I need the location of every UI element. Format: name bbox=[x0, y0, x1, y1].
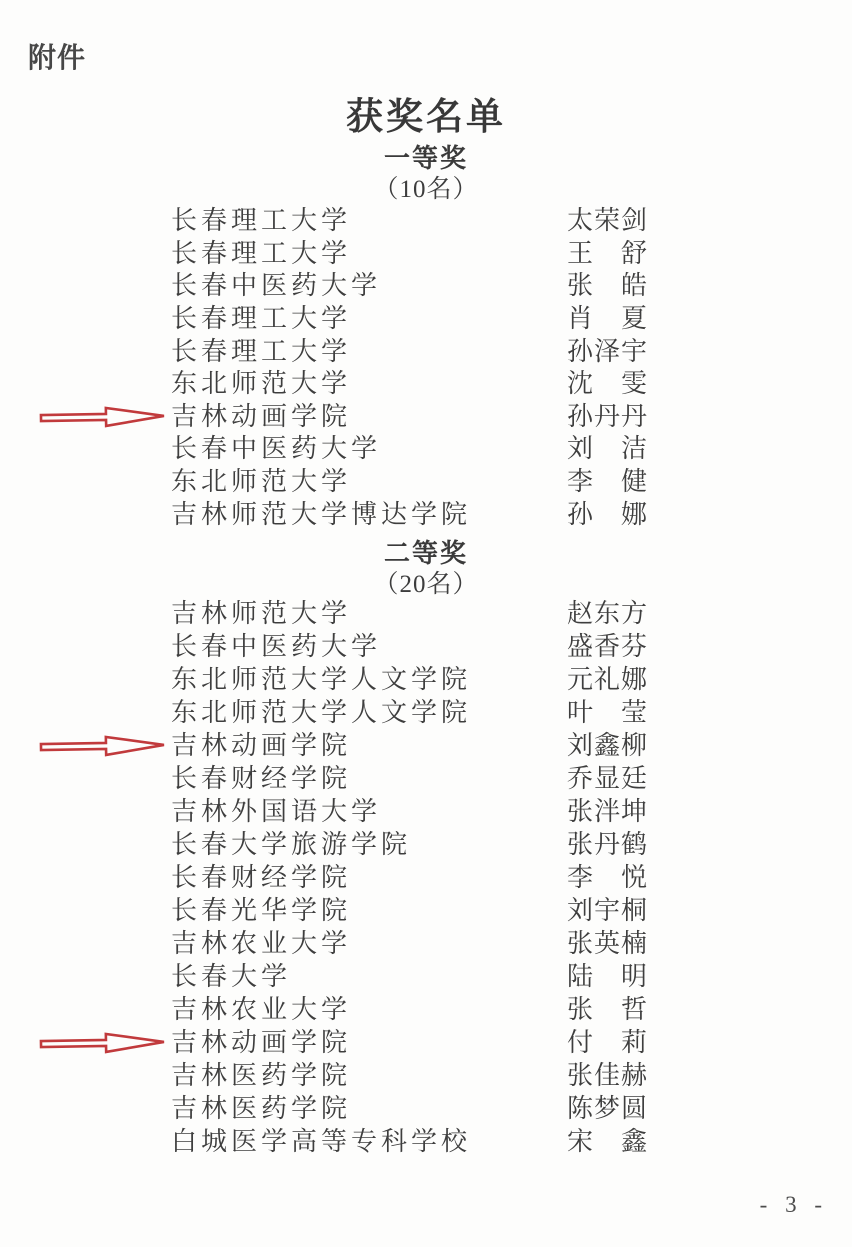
award-row: 长春大学陆 明 bbox=[171, 960, 648, 993]
school-name: 长春理工大学 bbox=[171, 241, 567, 267]
award-row: 白城医学高等专科学校宋 鑫 bbox=[171, 1125, 648, 1158]
school-name: 长春理工大学 bbox=[171, 208, 567, 234]
award-row: 东北师范大学人文学院叶 莹 bbox=[171, 696, 648, 729]
winner-name: 陈梦圆 bbox=[567, 1096, 648, 1122]
school-name: 长春中医药大学 bbox=[171, 273, 567, 299]
winner-name: 宋 鑫 bbox=[567, 1129, 648, 1155]
winner-name: 刘 洁 bbox=[567, 436, 648, 462]
red-arrow-icon bbox=[39, 731, 167, 759]
award-row: 东北师范大学李 健 bbox=[171, 466, 648, 499]
winner-name: 赵东方 bbox=[567, 601, 648, 627]
winner-name: 孙 娜 bbox=[567, 502, 648, 528]
second-prize-list: 吉林师范大学赵东方长春中医药大学盛香芬东北师范大学人文学院元礼娜东北师范大学人文… bbox=[171, 597, 648, 1158]
school-name: 吉林农业大学 bbox=[171, 997, 567, 1023]
school-name: 东北师范大学人文学院 bbox=[171, 667, 567, 693]
award-row: 长春中医药大学刘 洁 bbox=[171, 433, 648, 466]
award-row: 长春财经学院乔显廷 bbox=[171, 762, 648, 795]
page-number: - 3 - bbox=[760, 1192, 828, 1218]
winner-name: 张 皓 bbox=[567, 273, 648, 299]
winner-name: 陆 明 bbox=[567, 964, 648, 990]
award-row: 吉林医药学院张佳赫 bbox=[171, 1059, 648, 1092]
attachment-label: 附件 bbox=[28, 36, 86, 76]
winner-name: 刘宇桐 bbox=[567, 898, 648, 924]
school-name: 吉林动画学院 bbox=[171, 1030, 567, 1056]
school-name: 吉林师范大学 bbox=[171, 601, 567, 627]
award-row: 长春理工大学王 舒 bbox=[171, 238, 648, 271]
school-name: 长春大学旅游学院 bbox=[171, 832, 567, 858]
school-name: 长春理工大学 bbox=[171, 306, 567, 332]
page-title: 获奖名单 bbox=[0, 86, 852, 140]
school-name: 长春财经学院 bbox=[171, 865, 567, 891]
winner-name: 太荣剑 bbox=[567, 208, 648, 234]
school-name: 长春中医药大学 bbox=[171, 436, 567, 462]
school-name: 吉林医药学院 bbox=[171, 1096, 567, 1122]
section-count-second-prize: （20名） bbox=[0, 564, 852, 600]
award-row: 长春大学旅游学院张丹鹤 bbox=[171, 828, 648, 861]
school-name: 长春大学 bbox=[171, 964, 567, 990]
award-row: 吉林农业大学张英楠 bbox=[171, 927, 648, 960]
school-name: 东北师范大学 bbox=[171, 371, 567, 397]
award-row: 吉林医药学院陈梦圆 bbox=[171, 1092, 648, 1125]
winner-name: 叶 莹 bbox=[567, 700, 648, 726]
award-row: 长春财经学院李 悦 bbox=[171, 861, 648, 894]
award-row: 长春理工大学肖 夏 bbox=[171, 303, 648, 336]
award-row: 东北师范大学沈 雯 bbox=[171, 368, 648, 401]
school-name: 长春财经学院 bbox=[171, 766, 567, 792]
school-name: 吉林外国语大学 bbox=[171, 799, 567, 825]
award-row: 吉林农业大学张 哲 bbox=[171, 993, 648, 1026]
winner-name: 张丹鹤 bbox=[567, 832, 648, 858]
award-row: 吉林外国语大学张泮坤 bbox=[171, 795, 648, 828]
red-arrow-icon bbox=[39, 403, 167, 431]
winner-name: 张泮坤 bbox=[567, 799, 648, 825]
document-page: 附件 获奖名单 一等奖 （10名） 长春理工大学太荣剑长春理工大学王 舒长春中医… bbox=[0, 0, 852, 1247]
winner-name: 肖 夏 bbox=[567, 306, 648, 332]
award-row: 东北师范大学人文学院元礼娜 bbox=[171, 663, 648, 696]
school-name: 东北师范大学人文学院 bbox=[171, 700, 567, 726]
school-name: 吉林师范大学博达学院 bbox=[171, 502, 567, 528]
winner-name: 张佳赫 bbox=[567, 1063, 648, 1089]
winner-name: 孙泽宇 bbox=[567, 339, 648, 365]
winner-name: 付 莉 bbox=[567, 1030, 648, 1056]
award-row: 吉林动画学院孙丹丹 bbox=[171, 401, 648, 434]
winner-name: 沈 雯 bbox=[567, 371, 648, 397]
award-row: 长春理工大学太荣剑 bbox=[171, 205, 648, 238]
red-arrow-icon bbox=[39, 1028, 167, 1056]
school-name: 长春中医药大学 bbox=[171, 634, 567, 660]
winner-name: 张英楠 bbox=[567, 931, 648, 957]
school-name: 吉林动画学院 bbox=[171, 733, 567, 759]
award-row: 吉林师范大学博达学院孙 娜 bbox=[171, 498, 648, 531]
winner-name: 李 健 bbox=[567, 469, 648, 495]
school-name: 长春理工大学 bbox=[171, 339, 567, 365]
winner-name: 盛香芬 bbox=[567, 634, 648, 660]
winner-name: 元礼娜 bbox=[567, 667, 648, 693]
award-row: 长春理工大学孙泽宇 bbox=[171, 335, 648, 368]
section-count-first-prize: （10名） bbox=[0, 169, 852, 205]
winner-name: 张 哲 bbox=[567, 997, 648, 1023]
school-name: 吉林医药学院 bbox=[171, 1063, 567, 1089]
winner-name: 李 悦 bbox=[567, 865, 648, 891]
award-row: 吉林动画学院付 莉 bbox=[171, 1026, 648, 1059]
school-name: 吉林动画学院 bbox=[171, 404, 567, 430]
award-row: 吉林动画学院刘鑫柳 bbox=[171, 729, 648, 762]
school-name: 吉林农业大学 bbox=[171, 931, 567, 957]
first-prize-list: 长春理工大学太荣剑长春理工大学王 舒长春中医药大学张 皓长春理工大学肖 夏长春理… bbox=[171, 205, 648, 531]
award-row: 长春中医药大学张 皓 bbox=[171, 270, 648, 303]
school-name: 东北师范大学 bbox=[171, 469, 567, 495]
winner-name: 刘鑫柳 bbox=[567, 733, 648, 759]
winner-name: 乔显廷 bbox=[567, 766, 648, 792]
winner-name: 孙丹丹 bbox=[567, 404, 648, 430]
winner-name: 王 舒 bbox=[567, 241, 648, 267]
award-row: 长春光华学院刘宇桐 bbox=[171, 894, 648, 927]
award-row: 长春中医药大学盛香芬 bbox=[171, 630, 648, 663]
school-name: 白城医学高等专科学校 bbox=[171, 1129, 567, 1155]
school-name: 长春光华学院 bbox=[171, 898, 567, 924]
award-row: 吉林师范大学赵东方 bbox=[171, 597, 648, 630]
